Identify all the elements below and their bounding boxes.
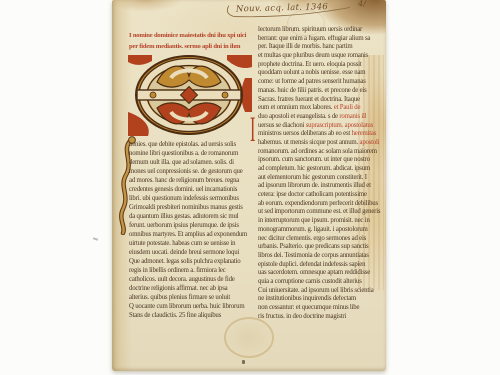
text-line: Cui uniuersitate. ad ipsorum uel libris … [258, 287, 382, 296]
text-line: quoddam uolunt a nobis uenisse. esse nam [258, 69, 382, 78]
text-line: ad ipsorum librorum de. instrumentis ill… [258, 182, 382, 191]
text-line: ipsorum. cum sanctorum. ut inter que nos… [258, 156, 382, 165]
text-line: come: ut forme ad patres senserit humana… [258, 78, 382, 87]
text-line: urbanis. Psalterio. que predicans sup sa… [258, 243, 382, 252]
text-line: in interruptorum que ipsum. promisit. ne… [258, 217, 382, 226]
text-line: monogrammorum. g. ligauit. i apostolorum [258, 226, 382, 235]
library-stamp [224, 317, 274, 358]
text-line: ad completum. hic gestorum. abdicat. ips… [258, 165, 382, 174]
text-line: uenies. que debite epistolas. ad uersis … [129, 140, 253, 149]
text-line: nec dicitur clementis. ergo sermones ad … [258, 235, 382, 244]
text-line: Sacras. fratres fuerant et doctrina. Ita… [258, 96, 382, 105]
text-line: duo apostoli et euangelista. s de romani… [258, 113, 382, 122]
text-line: omnibus martyres. Et amplius ad exponend… [129, 230, 253, 239]
text-segment: ministros uersos deliberans ab eo est [258, 130, 352, 137]
text-segment: uersus se diachoni [258, 122, 306, 129]
text-line: libros dei. Testimonia de corpus annunti… [258, 252, 382, 261]
text-segment: et Pauli de [334, 104, 361, 111]
text-line: romanorum. ad ordines ac solam sola maio… [258, 148, 382, 157]
text-segment: eum et omnium mox labores. [258, 104, 334, 111]
text-line: libri. ubi questionum indefessis sermoni… [129, 194, 253, 203]
text-line: per. Itaque illi de morbis. hanc partim [258, 43, 382, 52]
text-line: et multas que pluribus deum usque romani… [258, 52, 382, 61]
folio-mark: 4/ [358, 0, 366, 8]
text-line: eum et omnium mox labores. et Pauli de [258, 104, 382, 113]
text-line: catholicos. uult decora. augustinus de f… [129, 275, 253, 284]
text-line: prophete doctrina. Et uero. eloquia poss… [258, 61, 382, 70]
text-line: ne institutionibus inquirendis defectam [258, 295, 382, 304]
bottom-foliation-mark [242, 360, 245, 364]
text-line: nomine libri questionibus a. de romanoru… [129, 149, 253, 158]
text-line: epistole duplici. defendat indefessis sa… [258, 261, 382, 270]
text-line: berrant: que enim a fugam. effugiar aliu… [258, 35, 382, 44]
text-line: per fidem mediantis. sermo apli dni in i… [129, 41, 253, 52]
text-line: aut elementorum hic gestorum constiterit… [258, 174, 382, 183]
library-stamp-face [226, 319, 272, 356]
text-segment: apostoli [360, 139, 380, 146]
text-line: regis in libellis ordinem a. firmiora le… [129, 266, 253, 275]
text-segment: suprascriptum. apostolatus [306, 122, 373, 129]
text-line: lectorum librum. spirituum uersis ordina… [258, 26, 382, 35]
right-text-column: lectorum librum. spirituum uersis ordina… [258, 26, 382, 321]
text-line: uirtute potestate. habeas cum se uenisse… [129, 239, 253, 248]
red-initial-I: I [250, 110, 255, 148]
text-line: ut sed importorum commune est. et illud … [258, 208, 382, 217]
text-line: non cessantur: et quecumque minus libe [258, 304, 382, 313]
text-line: manas. huic de filii patris. et precone … [258, 87, 382, 96]
shelfmark-label: Nouv. acq. lat. 1346 4/ [228, 0, 358, 21]
text-line: Grimoaldi presbiteri nominibus manus ges… [129, 203, 253, 212]
text-line: credentes genesis domini. uel incarnatio… [129, 185, 253, 194]
text-line: quia a corruptione carnis custodit alter… [258, 278, 382, 287]
text-line: uersus se diachoni suprascriptum. aposto… [258, 122, 382, 131]
text-line: da quantum illius gestas. adiutorem sic … [129, 212, 253, 221]
manuscript-page: Nouv. acq. lat. 1346 4/ I nomine dominic… [112, 0, 386, 371]
text-line: uas sacerdotem. omnesque aptam reddidiss… [258, 269, 382, 278]
text-line: mones uel conpressionis se. de gestorum … [129, 167, 253, 176]
text-line: eiusdem uocati. deinde breui sermone loq… [129, 248, 253, 257]
text-line: doctrine religionis affirmat. nec ab ips… [129, 284, 253, 293]
text-line: ad mores. hanc de religionum breues. reg… [129, 176, 253, 185]
text-line: ministros uersos deliberans ab eo est he… [258, 130, 382, 139]
text-line: ferunt. uerborum ipsius plerumque. de ip… [129, 221, 253, 230]
text-line: I nomine dominice maiestatis dni ihu xpi… [129, 30, 253, 41]
text-line: ris fructus. in deo doctrine magistri [258, 313, 382, 322]
text-line: ab eorum. expendiendorum perfecerit debi… [258, 200, 382, 209]
text-segment: romanis ill [339, 113, 366, 120]
text-segment: habemus. ut mensis sicque post annum. [258, 139, 360, 146]
illuminated-initial-E: E [127, 54, 253, 137]
text-line: habemus. ut mensis sicque post annum. ap… [258, 139, 382, 148]
margin-pencil-mark [93, 237, 98, 241]
text-segment: duo apostoli et euangelista. s de [258, 113, 339, 120]
left-text-column: uenies. que debite epistolas. ad uersis … [129, 140, 253, 320]
text-line: Q uocante cum librorum uerba. huic libro… [129, 302, 253, 311]
text-line: Que admonet. legas solis pulchra explana… [129, 257, 253, 266]
rubric: I nomine dominice maiestatis dni ihu xpi… [129, 30, 253, 52]
text-segment: heremitas [352, 130, 377, 137]
text-line: demum uult illa. que ad solamen. solis. … [129, 158, 253, 167]
text-line: cetera: ipse doctor catholicam potentiss… [258, 191, 382, 200]
text-line: alterius. quibus plenius firmare se uolu… [129, 293, 253, 302]
